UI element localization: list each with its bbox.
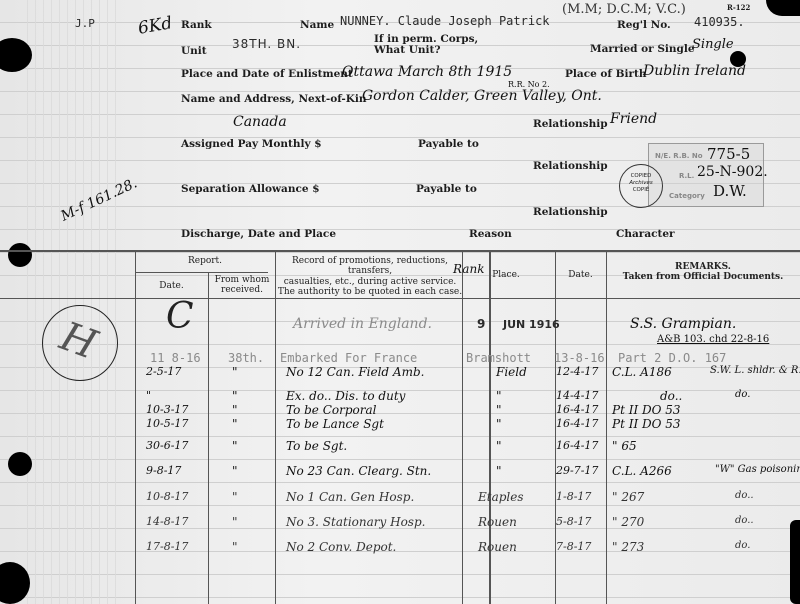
table-row-remarks: C.L. A266 — [612, 464, 672, 478]
table-row-place: 9 — [477, 317, 485, 331]
punch-hole — [8, 243, 32, 267]
table-header-divider — [135, 272, 268, 273]
table-row-record: To be Corporal — [286, 403, 377, 417]
perm-corps-label: If in perm. Corps, What Unit? — [374, 34, 478, 56]
table-row-record: No 3. Stationary Hosp. — [286, 515, 425, 529]
table-row-remarks: " 273 — [612, 540, 644, 554]
next-of-kin-insert: R.R. No 2. — [508, 80, 550, 89]
pencil-annotation: 6Kd — [137, 13, 174, 39]
table-row-remarks2: A&B 103. chd 22-8-16 — [657, 334, 769, 345]
copied-stamp: COPIED Archives COPIÉ — [619, 164, 663, 208]
table-row-report-date: 17-8-17 — [146, 540, 188, 553]
payable-to-label-1: Payable to — [418, 138, 479, 150]
table-row-place: Etaples — [478, 490, 524, 504]
table-row-date: 29-7-17 — [556, 464, 598, 477]
table-row-remarks2: "W" Gas poisoning. — [715, 464, 800, 475]
assigned-pay-label: Assigned Pay Monthly $ — [181, 138, 322, 150]
nok-relationship-value: Friend — [610, 111, 657, 127]
table-row-date: 14-4-17 — [556, 389, 598, 402]
table-row-record: Ex. do.. Dis. to duty — [286, 389, 405, 403]
next-of-kin-value-line2: Canada — [233, 114, 287, 130]
form-number: R-122 — [727, 3, 750, 12]
table-row-date: 1-8-17 — [556, 490, 591, 503]
top-left-mark: J.P — [75, 17, 95, 30]
table-row-remarks: S.S. Grampian. — [630, 316, 736, 332]
table-row-report-date: " — [146, 389, 151, 402]
table-row-place: Rouen — [478, 540, 517, 554]
circled-letter: H — [42, 305, 118, 381]
payable-to-label-2: Payable to — [416, 183, 477, 195]
table-row-date: 5-8-17 — [556, 515, 591, 528]
unit-value: 38TH. BN. — [232, 37, 301, 51]
table-row-date: 16-4-17 — [556, 417, 598, 430]
col-divider — [606, 251, 607, 604]
table-row-remarks: " 270 — [612, 515, 644, 529]
table-row-record: Arrived in England. — [293, 316, 432, 332]
table-row-record: No 23 Can. Clearg. Stn. — [286, 464, 431, 478]
nok-relationship-label: Relationship — [533, 118, 608, 130]
separation-label: Separation Allowance $ — [181, 183, 320, 195]
table-row-record: No 12 Can. Field Amb. — [286, 365, 424, 379]
table-row-place: " — [496, 439, 502, 453]
birth-label: Place of Birth — [565, 68, 646, 80]
table-row-report-date: 9-8-17 — [146, 464, 181, 477]
table-row-remarks2: do. — [735, 389, 750, 400]
table-row-report-date: 10-3-17 — [146, 403, 188, 416]
table-row-remarks: Pt II DO 53 — [612, 417, 681, 431]
table-row-remarks: do.. — [660, 389, 682, 403]
table-header-bottom — [0, 298, 800, 299]
table-row-from: " — [232, 490, 238, 504]
table-row-from: " — [232, 403, 238, 417]
table-top-border — [0, 250, 800, 252]
table-row-place: " — [496, 417, 502, 431]
table-row-record: To be Sgt. — [286, 439, 347, 453]
header-from-whom: From whom received. — [212, 275, 272, 296]
birth-value: Dublin Ireland — [643, 63, 746, 79]
relationship-label-1: Relationship — [533, 160, 608, 172]
next-of-kin-value: Gordon Calder, Green Valley, Ont. — [362, 88, 602, 104]
table-row-report-date: 2-5-17 — [146, 365, 181, 378]
table-row-from: " — [232, 365, 238, 379]
table-row-date: 12-4-17 — [556, 365, 598, 378]
table-row-place: " — [496, 403, 502, 417]
table-row-remarks: " 267 — [612, 490, 644, 504]
margin-stripes — [20, 0, 120, 604]
table-row-from: " — [232, 439, 238, 453]
character-label: Character — [616, 228, 675, 240]
header-place: Place. — [491, 270, 521, 280]
table-row-date: JUN 1916 — [503, 318, 560, 331]
table-row-from: " — [232, 417, 238, 431]
table-row-from: " — [232, 389, 238, 403]
table-row-record: To be Lance Sgt — [286, 417, 384, 431]
header-remarks: REMARKS. Taken from Official Documents. — [606, 262, 800, 283]
regl-no-label: Reg'l No. — [617, 19, 671, 31]
enlistment-label: Place and Date of Enlistment — [181, 68, 353, 80]
table-row-record: No 2 Conv. Depot. — [286, 540, 396, 554]
table-row-report-date: 14-8-17 — [146, 515, 188, 528]
next-of-kin-label: Name and Address, Next-of-Kin — [181, 93, 366, 105]
col-divider — [462, 251, 463, 604]
table-row-report-date: 10-5-17 — [146, 417, 188, 430]
table-row-remarks: C.L. A186 — [612, 365, 672, 379]
table-row-report-date: 10-8-17 — [146, 490, 188, 503]
header-date: Date. — [555, 270, 606, 280]
header-report: Report. — [135, 256, 275, 266]
table-row-report-date: 11 8-16 — [150, 351, 201, 365]
table-row-from: 38th. — [228, 351, 264, 365]
table-row-remarks: Part 2 D.O. 167 — [618, 351, 726, 365]
table-row-report-date: 30-6-17 — [146, 439, 188, 452]
table-row-date: 13-8-16 — [554, 351, 605, 365]
table-row-from: " — [232, 515, 238, 529]
rank-label: Rank — [181, 19, 212, 31]
table-row-from: " — [232, 464, 238, 478]
name-label: Name — [300, 19, 334, 31]
married-single-value: Single — [692, 37, 734, 52]
ink-blot — [790, 520, 800, 604]
col-divider — [275, 251, 276, 604]
col-divider — [208, 272, 209, 604]
table-row-from: " — [232, 540, 238, 554]
table-row-remarks: " 65 — [612, 439, 637, 453]
header-rank: Rank — [453, 262, 484, 276]
discharge-label: Discharge, Date and Place — [181, 228, 336, 240]
header-record: Record of promotions, reductions, transf… — [275, 256, 465, 297]
col-divider — [135, 251, 136, 604]
table-row-record: No 1 Can. Gen Hosp. — [286, 490, 414, 504]
married-single-label: Married or Single — [590, 43, 695, 55]
ink-blot — [766, 0, 800, 16]
table-row-date: 16-4-17 — [556, 439, 598, 452]
table-row-record: Embarked For France — [280, 351, 417, 365]
pencil-letter: C — [166, 296, 194, 337]
header-report-date: Date. — [135, 281, 208, 291]
regl-no-value: 410935. — [694, 15, 745, 29]
table-row-place: " — [496, 389, 502, 403]
table-row-date: 16-4-17 — [556, 403, 598, 416]
reason-label: Reason — [469, 228, 512, 240]
table-row-remarks: Pt II DO 53 — [612, 403, 681, 417]
name-value: NUNNEY. Claude Joseph Patrick — [340, 14, 550, 28]
awards-annotation: (M.M; D.C.M; V.C.) — [562, 2, 686, 17]
table-row-remarks2: do. — [735, 540, 750, 551]
enlistment-value: Ottawa March 8th 1915 — [342, 64, 512, 80]
table-row-place: Field — [496, 365, 527, 379]
table-row-remarks2: do.. — [735, 490, 754, 501]
table-row-place: " — [496, 464, 502, 478]
table-row-date: 7-8-17 — [556, 540, 591, 553]
table-row-remarks2: do.. — [735, 515, 754, 526]
table-row-remarks2: S.W. L. shldr. & R. leg. — [710, 365, 800, 376]
table-row-place: Bramshott — [466, 351, 531, 365]
table-row-place: Rouen — [478, 515, 517, 529]
records-stamp: N/E. R.B. No 775-5 R.L. 25-N-902. Catego… — [648, 143, 764, 207]
unit-label: Unit — [181, 45, 207, 57]
service-record-card: J.P 6Kd (M.M; D.C.M; V.C.) R-122 M-f 161… — [0, 0, 800, 604]
punch-hole — [8, 452, 32, 476]
relationship-label-2: Relationship — [533, 206, 608, 218]
